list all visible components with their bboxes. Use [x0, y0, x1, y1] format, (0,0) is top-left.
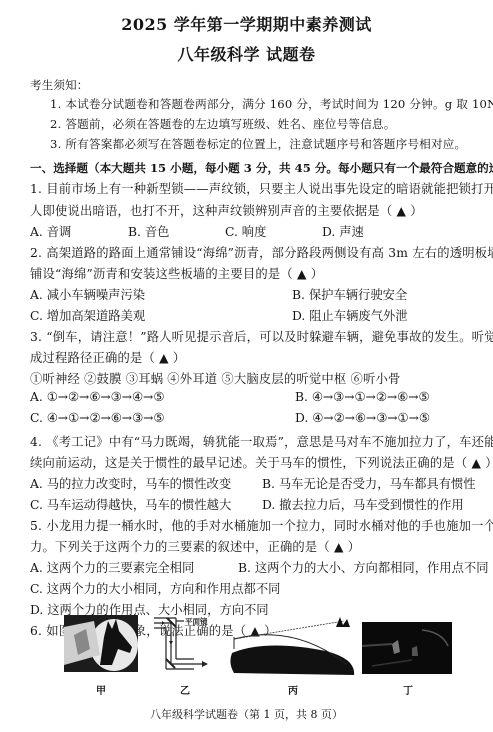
page-footer: 八年级科学试题卷（第 1 页，共 8 页） [0, 706, 493, 722]
notice-item-1: 1. 本试卷分试题卷和答题卷两部分，满分 160 分，考试时间为 120 分钟。… [50, 96, 493, 112]
figure-label-bing: 丙 [278, 682, 308, 697]
figure-hand-shadow [64, 615, 138, 672]
q3-parts: ①听神经 ②鼓膜 ③耳蜗 ④外耳道 ⑤大脑皮层的听觉中枢 ⑥听小骨 [30, 369, 400, 387]
q2-option-d: D. 阻止车辆废气外泄 [292, 306, 408, 324]
q1-option-c: C. 响度 [225, 222, 266, 240]
plane-mirror-label: 平面镜 [185, 616, 208, 626]
q4-line-1: 4. 《考工记》中有“马力既竭，辀犹能一取焉”，意思是马对车不施加拉力了，车还能… [30, 432, 493, 450]
section-heading: 一、选择题（本大题共 15 小题，每小题 3 分，共 45 分。每小题只有一个最… [30, 160, 493, 176]
q1-option-d: D. 声速 [322, 222, 364, 240]
exam-title: 2025 学年第一学期期中素养测试 [0, 12, 493, 35]
q4-option-c: C. 马车运动得越快，马车的惯性越大 [30, 495, 231, 513]
periscope-diagram: 平面镜 [154, 615, 234, 675]
notice-item-3: 3. 所有答案都必须写在答题卷标定的位置上，注意试题序号和答题序号相对应。 [50, 136, 466, 152]
figure-dark-photo [362, 622, 452, 674]
q3-option-d: D. ④→②→⑥→③→①→⑤ [295, 411, 430, 425]
q1-line-2: 人即使说出暗语，也打不开，这种声纹锁辨别声音的主要依据是（ ▲ ） [30, 201, 423, 219]
q5-line-2: 力。下列关于这两个力的三要素的叙述中，正确的是（ ▲ ） [30, 537, 360, 555]
hand-shadow-image [64, 615, 138, 672]
notice-heading: 考生须知： [30, 77, 89, 93]
exam-subtitle: 八年级科学 试题卷 [0, 42, 493, 65]
figure-label-ding: 丁 [393, 682, 423, 697]
q2-line-1: 2. 高架道路的路面上通常铺设“海绵”沥青，部分路段两侧设有高 3m 左右的透明… [30, 243, 493, 261]
q1-line-1: 1. 目前市场上有一种新型锁——声纹锁，只要主人说出事先设定的暗语就能把锁打开，… [30, 179, 493, 197]
q3-option-b: B. ④→③→①→②→⑥→⑤ [295, 390, 430, 404]
q3-option-a: A. ①→②→⑥→③→④→⑤ [30, 390, 164, 404]
q3-line-2: 成过程路径正确的是（ ▲ ） [30, 348, 185, 366]
figure-label-yi: 乙 [170, 682, 200, 697]
q2-line-2: 铺设“海绵”沥青和安装这些板墙的主要目的是（ ▲ ） [30, 264, 323, 282]
q4-line-2: 续向前运动，这是关于惯性的最早记述。关于马车的惯性，下列说法正确的是（ ▲ ） [30, 453, 493, 471]
q2-option-a: A. 减小车辆噪声污染 [30, 285, 145, 303]
light-beam-photo [362, 622, 452, 674]
q3-option-c: C. ④→①→②→⑥→③→⑤ [30, 411, 164, 425]
q3-line-1: 3. “倒车，请注意！”路人听见提示音后，可以及时躲避车辆，避免事故的发生。听觉… [30, 327, 493, 345]
q1-option-a: A. 音调 [30, 222, 71, 240]
q4-option-d: D. 撤去拉力后，马车受到惯性的作用 [262, 495, 464, 513]
q5-option-a: A. 这两个力的三要素完全相同 [30, 558, 194, 576]
figure-label-jia: 甲 [86, 682, 116, 697]
q5-option-c: C. 这两个力的大小相同，方向和作用点都不同 [30, 579, 280, 597]
q2-option-c: C. 增加高架道路美观 [30, 306, 145, 324]
q4-option-a: A. 马的拉力改变时，马车的惯性改变 [30, 474, 231, 492]
q5-option-b: B. 这两个力的大小、方向都相同，作用点不同 [238, 558, 489, 576]
figure-periscope: 平面镜 [154, 615, 234, 675]
q4-option-b: B. 马车无论是否受力，马车都具有惯性 [262, 474, 476, 492]
notice-item-2: 2. 答题前，必须在答题卷的左边填写班级、姓名、座位号等信息。 [50, 116, 396, 132]
figure-curved-path [226, 615, 356, 675]
q5-line-1: 5. 小龙用力提一桶水时，他的手对水桶施加一个拉力，同时水桶对他的手也施加一个拉 [30, 516, 493, 534]
q2-option-b: B. 保护车辆行驶安全 [292, 285, 407, 303]
q1-option-b: B. 音色 [128, 222, 169, 240]
curved-earth-diagram [226, 615, 356, 675]
